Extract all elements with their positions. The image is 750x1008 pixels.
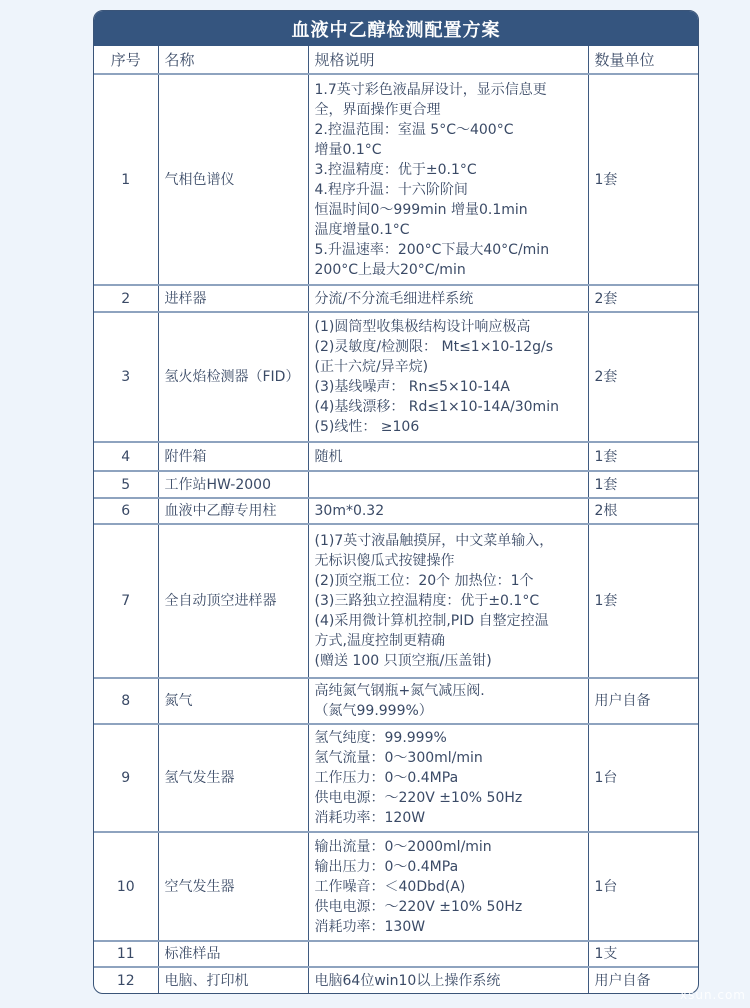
table-row: 4附件箱随机1套: [94, 442, 698, 471]
cell-name: 全自动顶空进样器: [158, 524, 308, 678]
table-title: 血液中乙醇检测配置方案: [94, 11, 698, 46]
spec-line: 工作噪音：＜40Dbd(A): [315, 877, 582, 897]
column-header-name: 名称: [158, 46, 308, 74]
spec-line: 2.控温范围：室温 5°C～400°C: [315, 120, 582, 140]
spec-line: (赠送 100 只顶空瓶/压盖钳): [315, 651, 582, 671]
spec-line: 200°C上最大20°C/min: [315, 260, 582, 280]
table-row: 5工作站HW-20001套: [94, 471, 698, 498]
cell-index: 6: [94, 498, 158, 524]
cell-qty: 1套: [588, 442, 698, 471]
cell-spec: 电脑64位win10以上操作系统: [308, 967, 588, 993]
cell-qty: 1套: [588, 524, 698, 678]
cell-spec: [308, 941, 588, 967]
spec-line: 30m*0.32: [315, 501, 582, 521]
cell-qty: 2套: [588, 285, 698, 312]
cell-name: 工作站HW-2000: [158, 471, 308, 498]
table-row: 1气相色谱仪1.7英寸彩色液晶屏设计，显示信息更全，界面操作更合理2.控温范围：…: [94, 74, 698, 285]
column-header-index: 序号: [94, 46, 158, 74]
table-row: 11标准样品1支: [94, 941, 698, 967]
spec-line: 4.程序升温：十六阶阶间: [315, 180, 582, 200]
spec-line: 分流/不分流毛细进样系统: [315, 289, 582, 309]
spec-line: 温度增量0.1°C: [315, 220, 582, 240]
spec-line: 供电电源：～220V ±10% 50Hz: [315, 897, 582, 917]
spec-line: 输出压力：0～0.4MPa: [315, 857, 582, 877]
cell-spec: [308, 471, 588, 498]
cell-name: 氢气发生器: [158, 724, 308, 832]
cell-index: 1: [94, 74, 158, 285]
cell-name: 氢火焰检测器（FID）: [158, 312, 308, 442]
cell-index: 11: [94, 941, 158, 967]
cell-name: 气相色谱仪: [158, 74, 308, 285]
spec-line: (4)基线漂移： Rd≤1×10-14A/30min: [315, 397, 582, 417]
cell-qty: 2根: [588, 498, 698, 524]
spec-line: (正十六烷/异辛烷): [315, 357, 582, 377]
spec-line: 无标识傻瓜式按键操作: [315, 551, 582, 571]
table-row: 9氢气发生器氢气纯度：99.999%氢气流量：0～300ml/min工作压力：0…: [94, 724, 698, 832]
cell-spec: (1)7英寸液晶触摸屏，中文菜单输入，无标识傻瓜式按键操作(2)顶空瓶工位：20…: [308, 524, 588, 678]
table-row: 7全自动顶空进样器(1)7英寸液晶触摸屏，中文菜单输入，无标识傻瓜式按键操作(2…: [94, 524, 698, 678]
spec-line: 电脑64位win10以上操作系统: [315, 971, 582, 991]
cell-qty: 1套: [588, 471, 698, 498]
spec-line: 增量0.1°C: [315, 140, 582, 160]
table-row: 3氢火焰检测器（FID）(1)圆筒型收集极结构设计响应极高(2)灵敏度/检测限：…: [94, 312, 698, 442]
cell-spec: 输出流量：0～2000ml/min输出压力：0～0.4MPa工作噪音：＜40Db…: [308, 832, 588, 941]
cell-spec: 高纯氮气钢瓶+氮气减压阀.（氮气99.999%）: [308, 678, 588, 724]
cell-name: 氮气: [158, 678, 308, 724]
cell-name: 空气发生器: [158, 832, 308, 941]
cell-index: 9: [94, 724, 158, 832]
spec-line: 供电电源：～220V ±10% 50Hz: [315, 788, 582, 808]
cell-name: 血液中乙醇专用柱: [158, 498, 308, 524]
cell-name: 电脑、打印机: [158, 967, 308, 993]
table-row: 12电脑、打印机电脑64位win10以上操作系统用户自备: [94, 967, 698, 993]
cell-spec: (1)圆筒型收集极结构设计响应极高(2)灵敏度/检测限： Mt≤1×10-12g…: [308, 312, 588, 442]
spec-line: 消耗功率：130W: [315, 917, 582, 937]
cell-name: 附件箱: [158, 442, 308, 471]
spec-line: (1)7英寸液晶触摸屏，中文菜单输入，: [315, 531, 582, 551]
cell-index: 5: [94, 471, 158, 498]
spec-line: (2)顶空瓶工位：20个 加热位：1个: [315, 571, 582, 591]
spec-line: 3.控温精度：优于±0.1°C: [315, 160, 582, 180]
watermark: xsun.com: [680, 988, 746, 1002]
spec-line: 全，界面操作更合理: [315, 100, 582, 120]
spec-line: (4)采用微计算机控制,PID 自整定控温: [315, 611, 582, 631]
spec-line: 工作压力：0～0.4MPa: [315, 768, 582, 788]
table-row: 2进样器分流/不分流毛细进样系统2套: [94, 285, 698, 312]
table-row: 8氮气高纯氮气钢瓶+氮气减压阀.（氮气99.999%）用户自备: [94, 678, 698, 724]
spec-line: 消耗功率：120W: [315, 808, 582, 828]
cell-qty: 用户自备: [588, 678, 698, 724]
spec-line: 恒温时间0～999min 增量0.1min: [315, 200, 582, 220]
config-table: 序号 名称 规格说明 数量单位 1气相色谱仪1.7英寸彩色液晶屏设计，显示信息更…: [94, 46, 698, 993]
spec-line: 高纯氮气钢瓶+氮气减压阀.: [315, 681, 582, 701]
table-row: 10空气发生器输出流量：0～2000ml/min输出压力：0～0.4MPa工作噪…: [94, 832, 698, 941]
spec-line: (3)基线噪声： Rn≤5×10-14A: [315, 377, 582, 397]
spec-line: 氢气纯度：99.999%: [315, 728, 582, 748]
cell-spec: 氢气纯度：99.999%氢气流量：0～300ml/min工作压力：0～0.4MP…: [308, 724, 588, 832]
column-header-qty: 数量单位: [588, 46, 698, 74]
spec-line: 1.7英寸彩色液晶屏设计，显示信息更: [315, 80, 582, 100]
spec-line: 氢气流量：0～300ml/min: [315, 748, 582, 768]
cell-qty: 2套: [588, 312, 698, 442]
spec-line: 5.升温速率：200°C下最大40°C/min: [315, 240, 582, 260]
cell-spec: 分流/不分流毛细进样系统: [308, 285, 588, 312]
cell-index: 2: [94, 285, 158, 312]
spec-line: (3)三路独立控温精度：优于±0.1°C: [315, 591, 582, 611]
spec-line: 输出流量：0～2000ml/min: [315, 837, 582, 857]
column-header-row: 序号 名称 规格说明 数量单位: [94, 46, 698, 74]
spec-line: (1)圆筒型收集极结构设计响应极高: [315, 317, 582, 337]
cell-index: 3: [94, 312, 158, 442]
config-table-card: 血液中乙醇检测配置方案 序号 名称 规格说明 数量单位 1气相色谱仪1.7英寸彩…: [93, 10, 699, 994]
spec-line: (5)线性： ≥106: [315, 417, 582, 437]
cell-index: 8: [94, 678, 158, 724]
cell-index: 4: [94, 442, 158, 471]
cell-spec: 30m*0.32: [308, 498, 588, 524]
spec-line: 方式,温度控制更精确: [315, 631, 582, 651]
spec-line: (2)灵敏度/检测限： Mt≤1×10-12g/s: [315, 337, 582, 357]
cell-qty: 1支: [588, 941, 698, 967]
cell-qty: 1套: [588, 74, 698, 285]
spec-line: 随机: [315, 447, 582, 467]
table-row: 6血液中乙醇专用柱30m*0.322根: [94, 498, 698, 524]
cell-index: 12: [94, 967, 158, 993]
cell-name: 进样器: [158, 285, 308, 312]
cell-qty: 1台: [588, 724, 698, 832]
cell-name: 标准样品: [158, 941, 308, 967]
cell-spec: 随机: [308, 442, 588, 471]
cell-index: 7: [94, 524, 158, 678]
cell-index: 10: [94, 832, 158, 941]
cell-spec: 1.7英寸彩色液晶屏设计，显示信息更全，界面操作更合理2.控温范围：室温 5°C…: [308, 74, 588, 285]
cell-qty: 1台: [588, 832, 698, 941]
column-header-spec: 规格说明: [308, 46, 588, 74]
spec-line: （氮气99.999%）: [315, 701, 582, 721]
